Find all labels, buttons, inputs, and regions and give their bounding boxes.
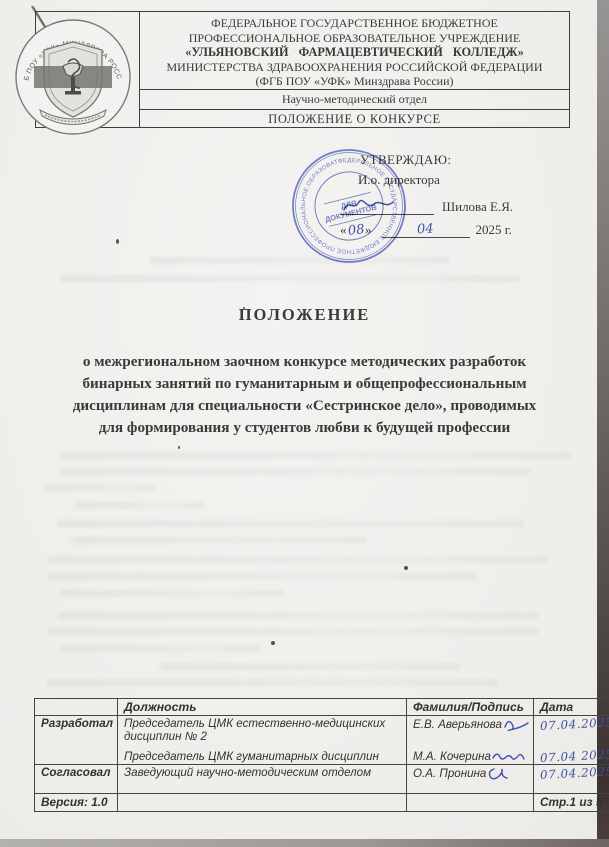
version-label: Версия: 1.0 bbox=[35, 794, 118, 812]
averyanova-signature-icon bbox=[502, 717, 532, 731]
header-date: Дата bbox=[534, 699, 609, 716]
bleed-through-artifact bbox=[58, 612, 538, 619]
ink-speck bbox=[271, 641, 275, 645]
bleed-through-artifact bbox=[48, 679, 498, 686]
bleed-through-artifact bbox=[60, 645, 260, 652]
date-cell: 07.04.2025 bbox=[534, 765, 609, 794]
date-cell: 07.04.2025 07.04 2025 bbox=[534, 716, 609, 765]
approval-month-handwritten: 04 bbox=[417, 222, 434, 238]
document-type: ПОЛОЖЕНИЕ О КОНКУРСЕ bbox=[140, 109, 569, 129]
header-name: Фамилия/Подпись bbox=[407, 699, 534, 716]
subtitle-line: о межрегиональном заочном конкурсе метод… bbox=[0, 351, 609, 373]
bleed-through-artifact bbox=[72, 537, 367, 544]
approver-name: Шилова Е.Я. bbox=[442, 199, 513, 215]
role-cell: Согласовал bbox=[35, 765, 118, 794]
position-cell: Заведующий научно-методическим отделом bbox=[118, 765, 407, 794]
position-text: Председатель ЦМК гуманитарных дисциплин bbox=[124, 750, 400, 763]
document-subtitle: о межрегиональном заочном конкурсе метод… bbox=[0, 351, 609, 439]
document-header: ФГБ ПОУ «УФК» МИНЗДРАВА РОССИИ ФЕДЕРАЛЬН… bbox=[35, 11, 570, 128]
approval-year: 2025 г. bbox=[476, 222, 512, 238]
scan-edge-bottom bbox=[0, 839, 609, 847]
bleed-through-artifact bbox=[60, 452, 570, 459]
subtitle-line: для формирования у студентов любви к буд… bbox=[0, 417, 609, 439]
org-line: ПРОФЕССИОНАЛЬНОЕ ОБРАЗОВАТЕЛЬНОЕ УЧРЕЖДЕ… bbox=[140, 31, 569, 46]
org-line: ФЕДЕРАЛЬНОЕ ГОСУДАРСТВЕННОЕ БЮДЖЕТНОЕ bbox=[140, 16, 569, 31]
subtitle-line: бинарных занятий по гуманитарным и общеп… bbox=[0, 373, 609, 395]
logo-cell: ФГБ ПОУ «УФК» МИНЗДРАВА РОССИИ bbox=[36, 12, 140, 127]
handwritten-date: 07.04.2025 bbox=[540, 765, 609, 783]
kocherina-signature-icon bbox=[491, 749, 525, 763]
bleed-through-artifact bbox=[45, 484, 155, 491]
name-cell: О.А. Пронина bbox=[407, 765, 534, 794]
bleed-through-artifact bbox=[58, 520, 523, 527]
college-emblem-icon: ФГБ ПОУ «УФК» МИНЗДРАВА РОССИИ bbox=[12, 16, 134, 138]
bleed-through-artifact bbox=[60, 275, 520, 282]
table-row-developed: Разработал Председатель ЦМК естественно-… bbox=[35, 716, 609, 765]
position-text: Заведующий научно-методическим отделом bbox=[124, 766, 400, 779]
table-footer-row: Версия: 1.0 Стр.1 из 5 bbox=[35, 794, 609, 812]
department-name: Научно-методический отдел bbox=[140, 89, 569, 109]
bleed-through-artifact bbox=[48, 573, 478, 580]
empty-cell bbox=[407, 794, 534, 812]
bleed-through-artifact bbox=[160, 663, 460, 670]
role-cell: Разработал bbox=[35, 716, 118, 765]
name-cell: Е.В. Аверьянова М.А. Кочерина bbox=[407, 716, 534, 765]
bleed-through-artifact bbox=[60, 590, 285, 597]
organization-name-block: ФЕДЕРАЛЬНОЕ ГОСУДАРСТВЕННОЕ БЮДЖЕТНОЕ ПР… bbox=[140, 12, 569, 89]
handwritten-date: 07.04.2025 bbox=[540, 716, 609, 734]
org-line: МИНИСТЕРСТВА ЗДРАВООХРАНЕНИЯ РОССИЙСКОЙ … bbox=[140, 60, 569, 75]
position-cell: Председатель ЦМК естественно-медицинских… bbox=[118, 716, 407, 765]
ink-speck bbox=[178, 446, 180, 449]
bleed-through-artifact bbox=[48, 628, 538, 635]
bleed-through-artifact bbox=[48, 556, 548, 563]
signer-name: Е.В. Аверьянова bbox=[413, 718, 502, 731]
bleed-through-artifact bbox=[60, 468, 530, 475]
pronina-signature-icon bbox=[486, 766, 512, 781]
signing-table: Должность Фамилия/Подпись Дата Разработа… bbox=[34, 698, 609, 812]
scanned-document-page: ФГБ ПОУ «УФК» МИНЗДРАВА РОССИИ ФЕДЕРАЛЬН… bbox=[0, 0, 609, 847]
subtitle-line: дисциплинам для специальности «Сестринск… bbox=[0, 395, 609, 417]
org-line-abbrev: (ФГБ ПОУ «УФК» Минздрава России) bbox=[140, 74, 569, 89]
header-position: Должность bbox=[118, 699, 407, 716]
table-row-agreed: Согласовал Заведующий научно-методически… bbox=[35, 765, 609, 794]
header-role bbox=[35, 699, 118, 716]
org-line-college: «УЛЬЯНОВСКИЙ ФАРМАЦЕВТИЧЕСКИЙ КОЛЛЕДЖ» bbox=[140, 45, 569, 60]
ink-speck bbox=[404, 566, 408, 570]
page-number: Стр.1 из 5 bbox=[534, 794, 609, 812]
position-text: Председатель ЦМК естественно-медицинских… bbox=[124, 717, 400, 743]
document-title: ПОЛОЖЕНИЕ bbox=[0, 305, 609, 325]
empty-cell bbox=[118, 794, 407, 812]
handwritten-date: 07.04 2025 bbox=[540, 747, 609, 765]
signer-name: М.А. Кочерина bbox=[413, 750, 491, 763]
signer-name: О.А. Пронина bbox=[413, 767, 486, 780]
bleed-through-artifact bbox=[75, 502, 205, 509]
table-header-row: Должность Фамилия/Подпись Дата bbox=[35, 699, 609, 716]
ink-speck bbox=[116, 239, 119, 244]
